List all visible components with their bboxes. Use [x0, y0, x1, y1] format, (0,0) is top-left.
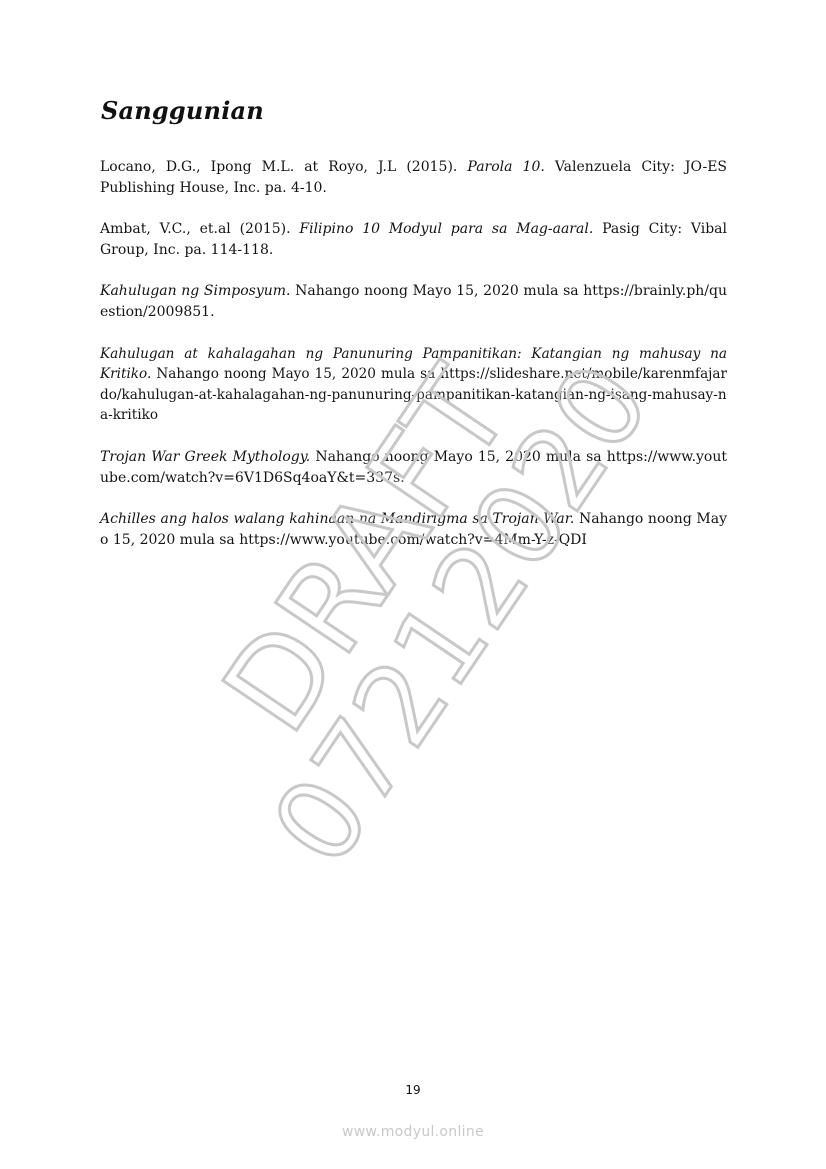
reference-title: Trojan War Greek Mythology. — [100, 449, 310, 465]
reference-title: Filipino 10 Modyul para sa Mag-aaral. — [299, 221, 593, 237]
reference-authors: Ambat, V.C., et.al (2015). — [100, 221, 299, 237]
reference-title: Achilles ang halos walang kahinaan na Ma… — [100, 511, 574, 527]
reference-authors: Locano, D.G., Ipong M.L. at Royo, J.L (2… — [100, 159, 467, 175]
page-number: 19 — [0, 1083, 826, 1097]
reference-item: Ambat, V.C., et.al (2015). Filipino 10 M… — [100, 219, 727, 260]
reference-item: Locano, D.G., Ipong M.L. at Royo, J.L (2… — [100, 157, 727, 198]
reference-title: Parola 10. — [467, 159, 544, 175]
reference-title: Kahulugan ng Simposyum. — [100, 283, 290, 299]
reference-list: Locano, D.G., Ipong M.L. at Royo, J.L (2… — [100, 157, 727, 571]
reference-item: Trojan War Greek Mythology. Nahango noon… — [100, 447, 727, 488]
reference-item: Achilles ang halos walang kahinaan na Ma… — [100, 509, 727, 550]
site-footer-link[interactable]: www.modyul.online — [0, 1124, 826, 1140]
reference-item: Kahulugan ng Simposyum. Nahango noong Ma… — [100, 281, 727, 322]
document-page: Sanggunian Locano, D.G., Ipong M.L. at R… — [0, 0, 826, 1169]
page-heading: Sanggunian — [101, 96, 264, 125]
reference-item: Kahulugan at kahalagahan ng Panunuring P… — [100, 344, 727, 426]
reference-source: Nahango noong Mayo 15, 2020 mula sa http… — [100, 366, 727, 423]
